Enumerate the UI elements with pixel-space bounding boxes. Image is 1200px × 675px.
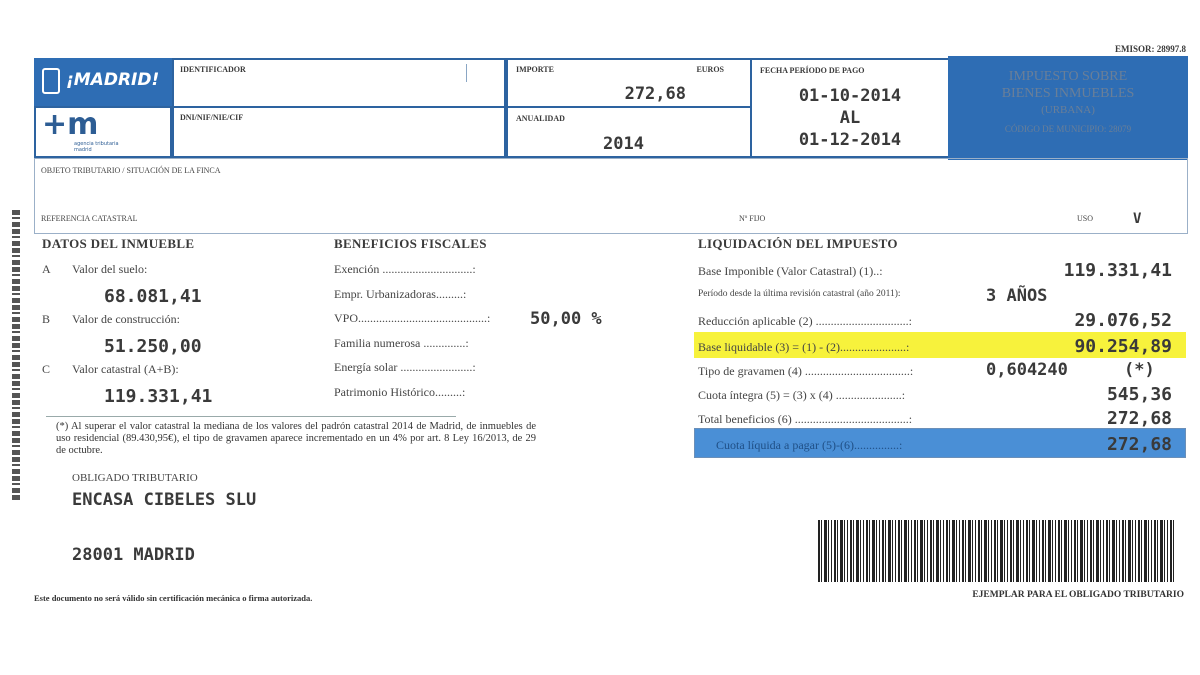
beneficio-value: 50,00 % <box>530 309 602 329</box>
liq-label: Base liquidable (3) = (1) - (2).........… <box>698 340 909 355</box>
divider <box>46 416 456 417</box>
emisor-code: EMISOR: 28997.8 <box>1115 44 1186 54</box>
importe-value: 272,68 <box>625 84 686 104</box>
beneficio-label: Energía solar ........................: <box>334 360 476 375</box>
uso-value: V <box>1133 211 1141 227</box>
payment-barcode <box>818 520 1176 582</box>
item-label: Valor catastral (A+B): <box>72 362 179 377</box>
item-value: 119.331,41 <box>104 386 212 407</box>
tax-title-block: IMPUESTO SOBRE BIENES INMUEBLES (URBANA)… <box>948 56 1188 160</box>
liq-value: 29.076,52 <box>1074 310 1172 331</box>
copy-label: EJEMPLAR PARA EL OBLIGADO TRIBUTARIO <box>972 590 1184 600</box>
liq-value: 3 AÑOS <box>986 286 1047 306</box>
liq-label: Base Imponible (Valor Catastral) (1)..: <box>698 264 883 279</box>
importe-field: IMPORTE EUROS 272,68 <box>506 58 752 108</box>
madrid-logo-text: ¡MADRID! <box>66 70 159 90</box>
beneficio-label: Patrimonio Histórico.........: <box>334 385 465 400</box>
liq-value: 545,36 <box>1107 384 1172 405</box>
liq-value: 0,604240 <box>986 360 1068 380</box>
beneficio-label: Empr. Urbanizadoras.........: <box>334 287 466 302</box>
fecha-hasta: 01-12-2014 <box>752 130 948 150</box>
item-label: Valor de construcción: <box>72 312 180 327</box>
madrid-logo: ¡MADRID! <box>34 58 172 106</box>
footnote: (*) Al superar el valor catastral la med… <box>56 421 536 457</box>
anualidad-field: ANUALIDAD 2014 <box>506 106 752 158</box>
liq-value: 272,68 <box>1107 408 1172 429</box>
obligado-city: 28001 MADRID <box>72 545 195 565</box>
datos-inmueble-title: DATOS DEL INMUEBLE <box>42 236 194 252</box>
objeto-tributario: OBJETO TRIBUTARIO / SITUACIÓN DE LA FINC… <box>34 158 1188 234</box>
liq-label: Reducción aplicable (2) ................… <box>698 314 912 329</box>
liq-label: Cuota íntegra (5) = (3) x (4) ..........… <box>698 388 905 403</box>
liq-label: Período desde la última revisión catastr… <box>698 289 901 299</box>
side-barcode <box>12 210 20 500</box>
item-letter: A <box>42 262 51 277</box>
fecha-periodo: FECHA PERÍODO DE PAGO 01-10-2014 AL 01-1… <box>752 58 948 158</box>
liq-value: 272,68 <box>1107 434 1172 455</box>
agency-text: agencia tributaria madrid <box>74 141 124 153</box>
fecha-desde: 01-10-2014 <box>752 86 948 106</box>
anualidad-value: 2014 <box>603 134 644 154</box>
item-letter: C <box>42 362 50 377</box>
item-value: 68.081,41 <box>104 286 202 307</box>
obligado-name: ENCASA CIBELES SLU <box>72 490 256 510</box>
agency-mark: +m <box>42 108 98 142</box>
liq-label: Cuota líquida a pagar (5)-(6)...........… <box>716 438 902 453</box>
liq-note: (*) <box>1124 360 1155 380</box>
validity-note: Este documento no será válido sin certif… <box>34 593 312 603</box>
liquidacion-title: LIQUIDACIÓN DEL IMPUESTO <box>698 236 898 252</box>
item-value: 51.250,00 <box>104 336 202 357</box>
obligado-label: OBLIGADO TRIBUTARIO <box>72 472 198 484</box>
identificador-field: IDENTIFICADOR <box>172 58 506 108</box>
item-label: Valor del suelo: <box>72 262 147 277</box>
item-letter: B <box>42 312 50 327</box>
liq-value: 119.331,41 <box>1064 260 1172 281</box>
liq-label: Tipo de gravamen (4) ...................… <box>698 364 913 379</box>
liq-value: 90.254,89 <box>1074 336 1172 357</box>
liq-label: Total beneficios (6) ...................… <box>698 412 912 427</box>
beneficios-title: BENEFICIOS FISCALES <box>334 236 487 252</box>
agency-logo: +m agencia tributaria madrid <box>34 106 172 158</box>
fecha-al: AL <box>752 108 948 128</box>
madrid-crest-icon <box>42 68 60 94</box>
beneficio-label: Exención ..............................: <box>334 262 476 277</box>
beneficio-label: VPO.....................................… <box>334 311 490 326</box>
dni-field: DNI/NIF/NIE/CIF <box>172 106 506 158</box>
beneficio-label: Familia numerosa ..............: <box>334 336 469 351</box>
